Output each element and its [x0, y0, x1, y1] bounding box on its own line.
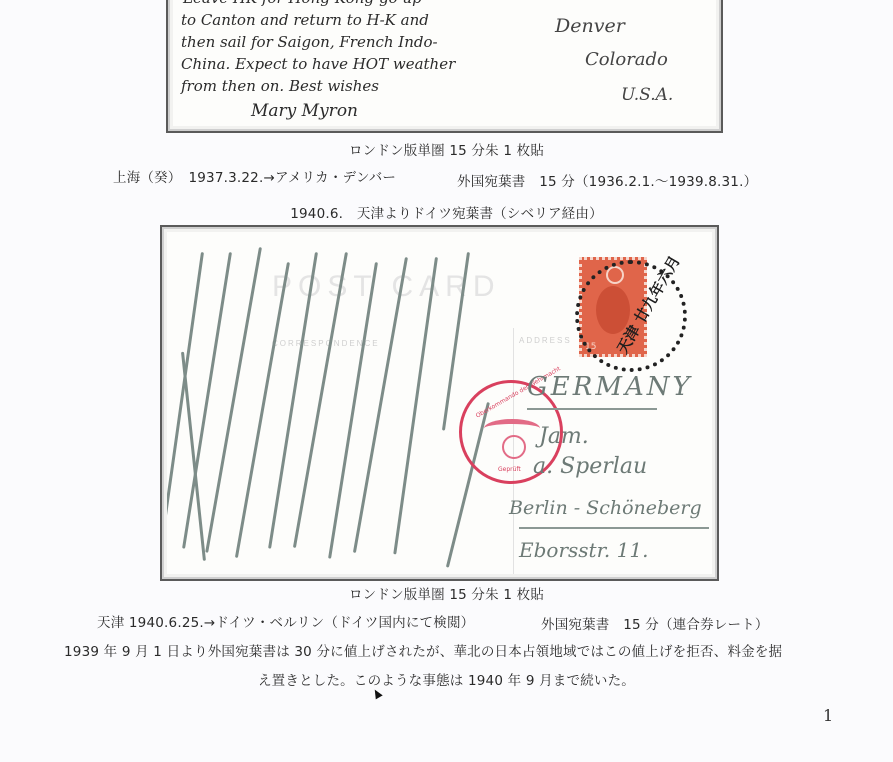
tianjin-postcard: POST CARD CORRESPONDENCE ADDRESS 15	[167, 232, 712, 574]
message-line: then sail for Saigon, French Indo-	[181, 33, 438, 51]
swastika-wreath-icon	[502, 435, 526, 459]
top-caption-route: 上海（癸） 1937.3.22.→アメリカ・デンバー	[113, 166, 396, 186]
note-line-2: え置きとした。このような事態は 1940 年 9 月まで続いた。	[0, 669, 893, 689]
underline	[527, 408, 657, 410]
address-line: Denver	[555, 15, 625, 37]
message-line: China. Expect to have HOT weather	[181, 55, 455, 73]
top-postcard-frame: Leave HK for Hong-Kong-go up to Canton a…	[166, 0, 723, 133]
address-line: Colorado	[585, 49, 668, 70]
page-number: 1	[823, 706, 833, 725]
message-line: to Canton and return to H-K and	[181, 11, 429, 29]
postmark-text: 天津 廿九年六月	[611, 252, 684, 358]
address-line: GERMANY	[527, 372, 693, 402]
address-line: Berlin - Schöneberg	[509, 497, 702, 519]
second-item-heading: 1940.6. 天津よりドイツ宛葉書（シベリア経由）	[0, 202, 893, 222]
address-line: a. Sperlau	[533, 454, 647, 479]
signature: Mary Myron	[251, 101, 358, 121]
mouse-cursor-icon	[371, 688, 382, 700]
underline	[519, 527, 709, 529]
address-line: U.S.A.	[621, 85, 673, 105]
address-label: ADDRESS	[519, 336, 572, 345]
censor-bottom-text: Geprüft	[498, 466, 521, 473]
message-line: from then on. Best wishes	[181, 77, 379, 95]
handwritten-message	[167, 232, 507, 574]
message-line: Leave HK for Hong-Kong-go up	[183, 0, 422, 7]
tianjin-postcard-frame: POST CARD CORRESPONDENCE ADDRESS 15	[160, 225, 719, 581]
second-caption-rate: 外国宛葉書 15 分（連合券レート）	[541, 613, 769, 633]
second-caption-stamp: ロンドン版単圏 15 分朱 1 枚貼	[0, 583, 893, 603]
second-caption-route: 天津 1940.6.25.→ドイツ・ベルリン（ドイツ国内にて検閲）	[97, 611, 474, 631]
postmark: 天津 廿九年六月	[575, 260, 687, 372]
note-line-1: 1939 年 9 月 1 日より外国宛葉書は 30 分に値上げされたが、華北の日…	[64, 640, 782, 660]
address-line: Jam.	[539, 424, 589, 449]
top-caption-stamp: ロンドン版単圏 15 分朱 1 枚貼	[0, 139, 893, 159]
top-caption-rate: 外国宛葉書 15 分（1936.2.1.～1939.8.31.）	[457, 170, 757, 190]
address-line: Eborsstr. 11.	[519, 538, 648, 562]
top-postcard: Leave HK for Hong-Kong-go up to Canton a…	[173, 0, 716, 126]
